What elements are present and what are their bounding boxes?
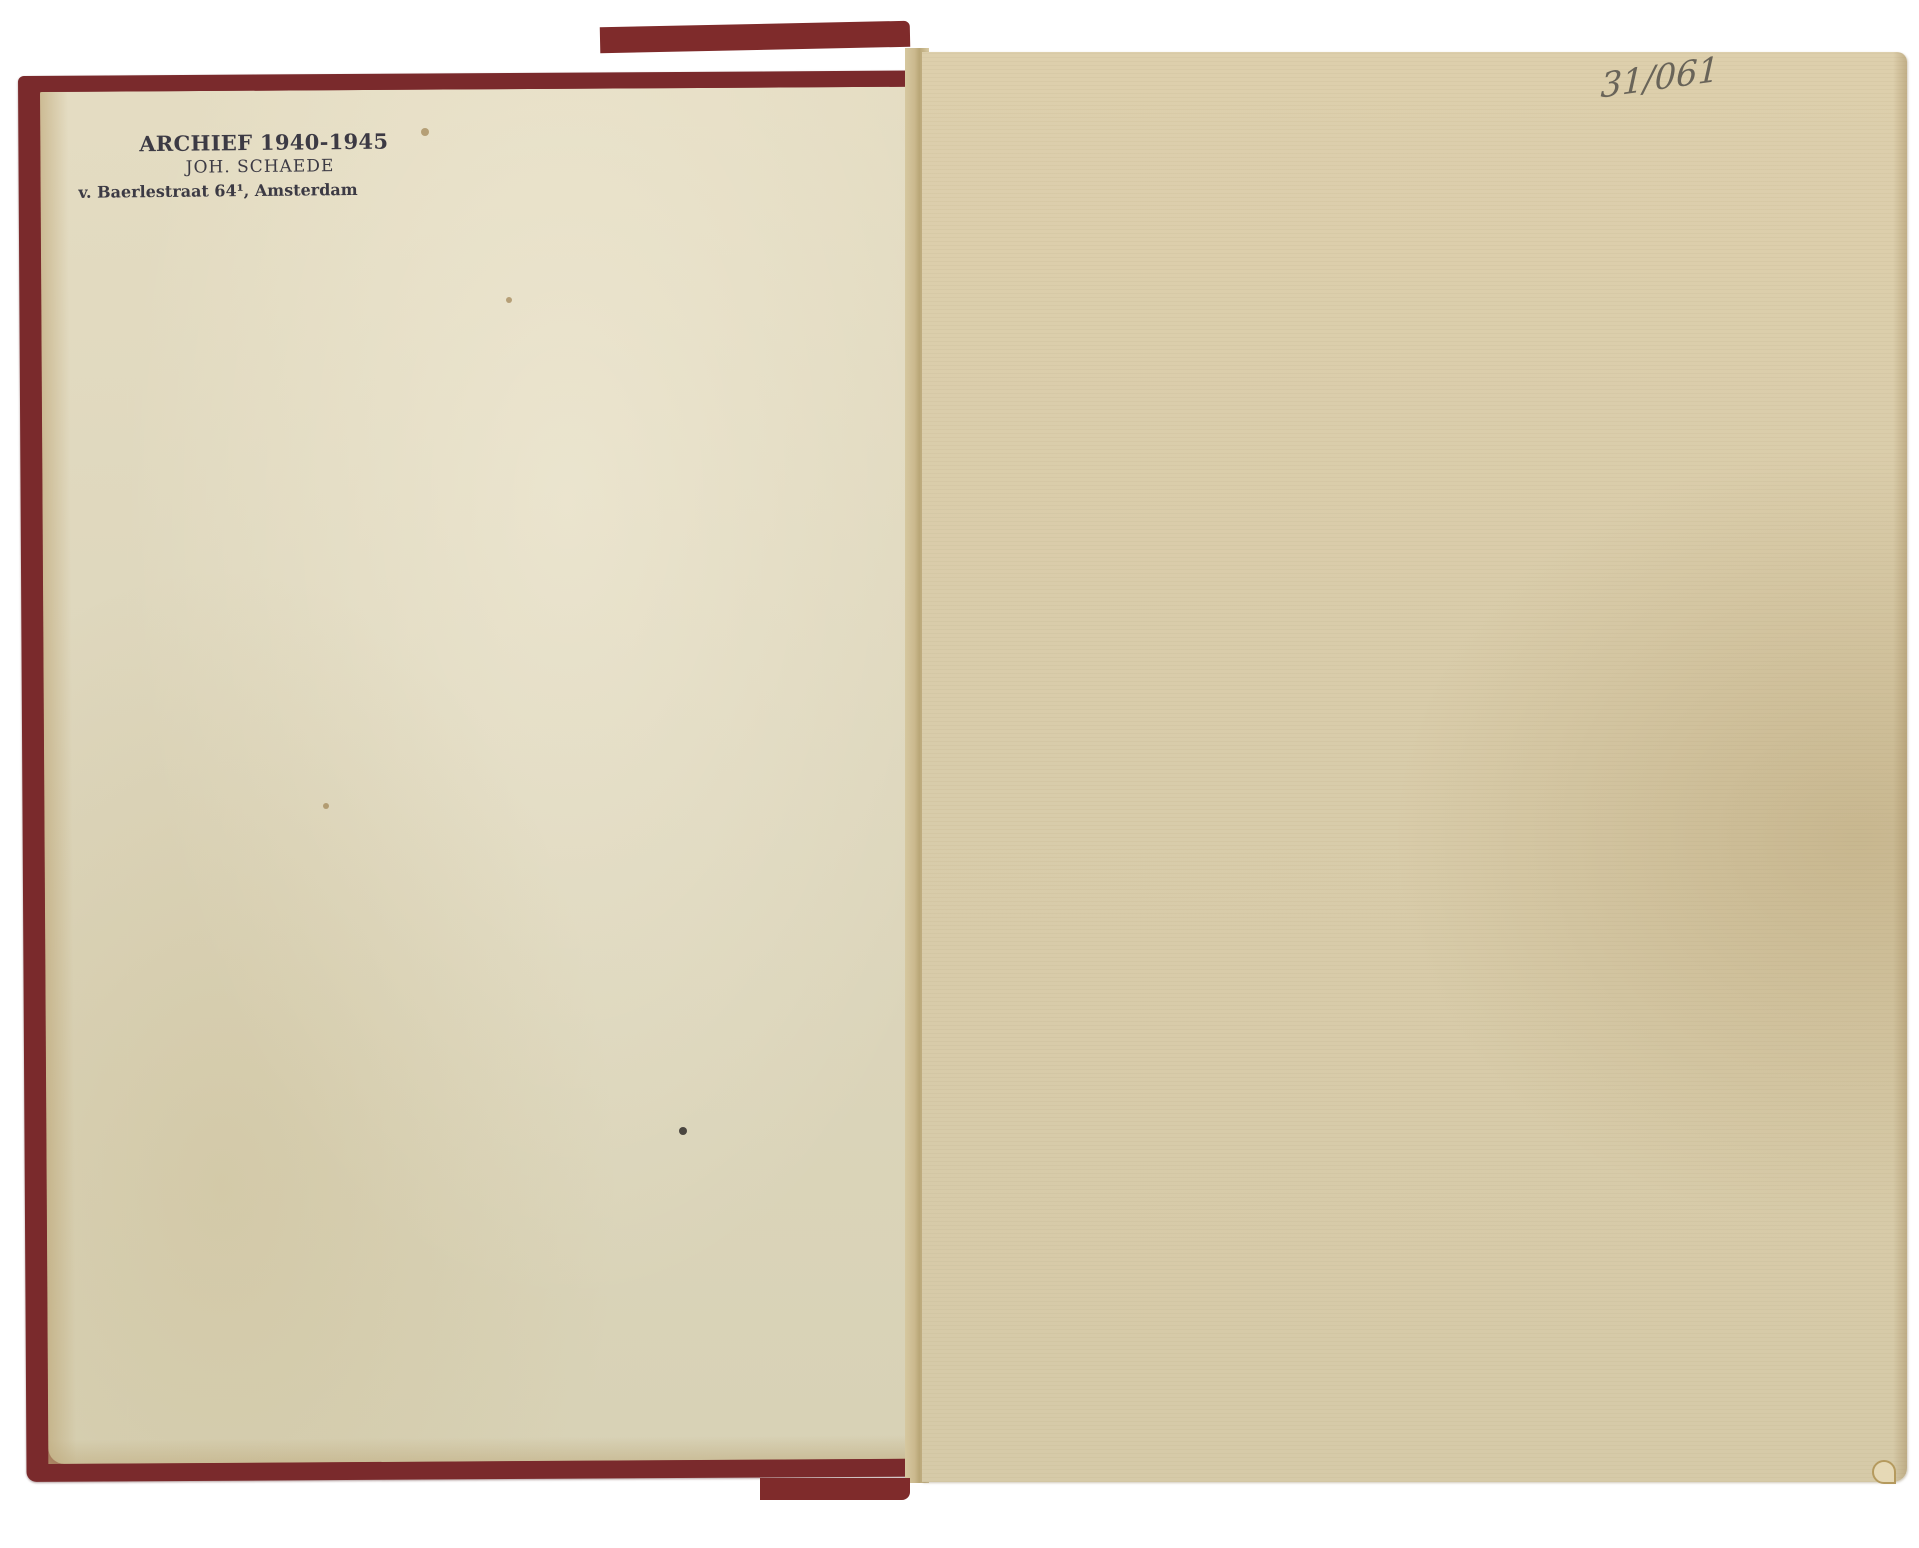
stamp-name: JOH. SCHAEDE <box>86 155 434 179</box>
archive-stamp: ARCHIEF 1940-1945 JOH. SCHAEDE v. Baerle… <box>74 128 435 202</box>
foxing-spot <box>421 128 429 136</box>
spine-bottom-tailcap <box>760 1478 910 1500</box>
pin-hole <box>679 1127 687 1135</box>
front-pastedown <box>40 87 922 1464</box>
open-book-photo: ARCHIEF 1940-1945 JOH. SCHAEDE v. Baerle… <box>0 0 1919 1548</box>
flyleaf-page <box>922 52 1907 1482</box>
page-corner-curl <box>1872 1460 1896 1484</box>
foxing-spot <box>506 297 512 303</box>
stamp-title: ARCHIEF 1940-1945 <box>94 128 434 157</box>
foxing-spot <box>323 803 329 809</box>
stamp-address: v. Baerlestraat 64¹, Amsterdam <box>78 179 434 202</box>
spine-top-headcap <box>600 21 910 53</box>
